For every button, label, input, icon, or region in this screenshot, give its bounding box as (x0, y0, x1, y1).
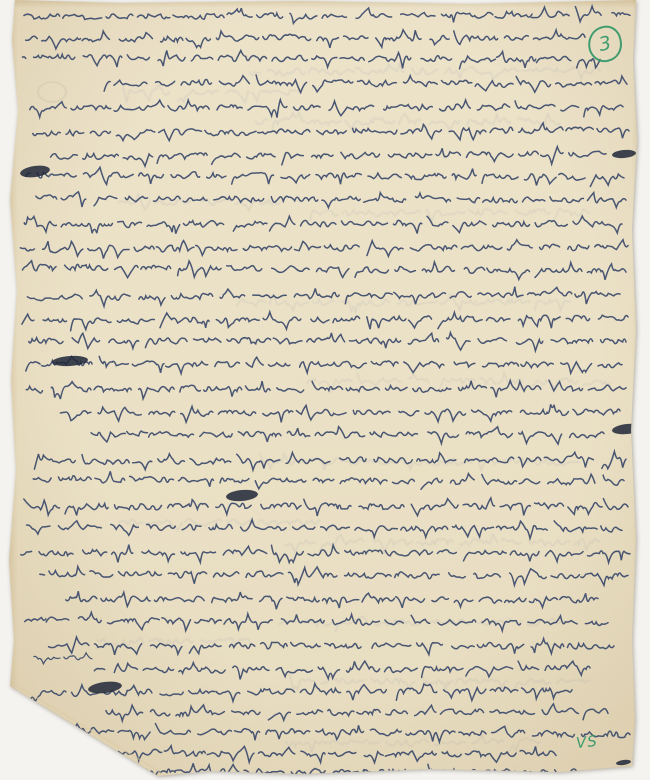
ghost-stroke (123, 84, 300, 102)
handwritten-line (26, 167, 624, 186)
handwritten-line (89, 763, 626, 780)
ink-blot (616, 759, 632, 766)
handwritten-line (26, 356, 622, 373)
ink-blot (19, 164, 50, 179)
handwritten-line (21, 545, 630, 563)
manuscript-page: 3 VS (0, 0, 650, 780)
ghost-stroke (285, 735, 540, 752)
handwritten-line (26, 30, 585, 49)
handwritten-line (24, 6, 630, 23)
scanned-manuscript-stage: 3 VS (0, 0, 650, 780)
handwritten-line (36, 192, 626, 208)
handwritten-line (20, 240, 628, 259)
handwritten-line (24, 216, 622, 234)
faint-pencil-oval (38, 82, 66, 102)
ink-blot (612, 422, 643, 435)
handwritten-line (27, 520, 622, 539)
ghost-stroke (310, 209, 590, 222)
handwritten-line (104, 75, 627, 93)
handwritten-line (30, 100, 623, 118)
handwritten-line (22, 312, 628, 331)
handwritten-line (29, 333, 626, 351)
paper-shadow-wrap: 3 VS (0, 0, 650, 780)
fold-crease-highlight (14, 684, 160, 772)
handwritten-line (52, 724, 631, 743)
handwritten-line (51, 147, 606, 166)
corner-annotation-mark: VS (575, 732, 599, 752)
ghost-stroke (255, 113, 560, 131)
handwritten-line (91, 427, 604, 444)
handwritten-line (22, 261, 626, 280)
ink-blot (612, 149, 637, 159)
handwritten-line (66, 591, 598, 609)
handwritten-line (60, 404, 620, 422)
handwritten-line (89, 746, 556, 763)
handwritten-line (40, 567, 628, 586)
page-number-text: 3 (597, 32, 613, 56)
handwritten-line (34, 452, 626, 471)
handwritten-line (24, 498, 628, 516)
handwritten-line (23, 51, 601, 69)
ghost-stroke (97, 638, 250, 646)
handwritten-line (94, 661, 590, 679)
ink-blot (226, 489, 259, 503)
handwritten-line (34, 653, 92, 664)
handwritten-line (27, 287, 620, 307)
show-through-ghost-text (38, 63, 610, 752)
handwritten-line (33, 123, 629, 141)
handwriting-ink-layer (0, 0, 650, 780)
handwritten-line (33, 471, 624, 489)
handwritten-line (106, 704, 608, 721)
handwritten-line (49, 637, 614, 655)
ghost-stroke (250, 63, 600, 80)
